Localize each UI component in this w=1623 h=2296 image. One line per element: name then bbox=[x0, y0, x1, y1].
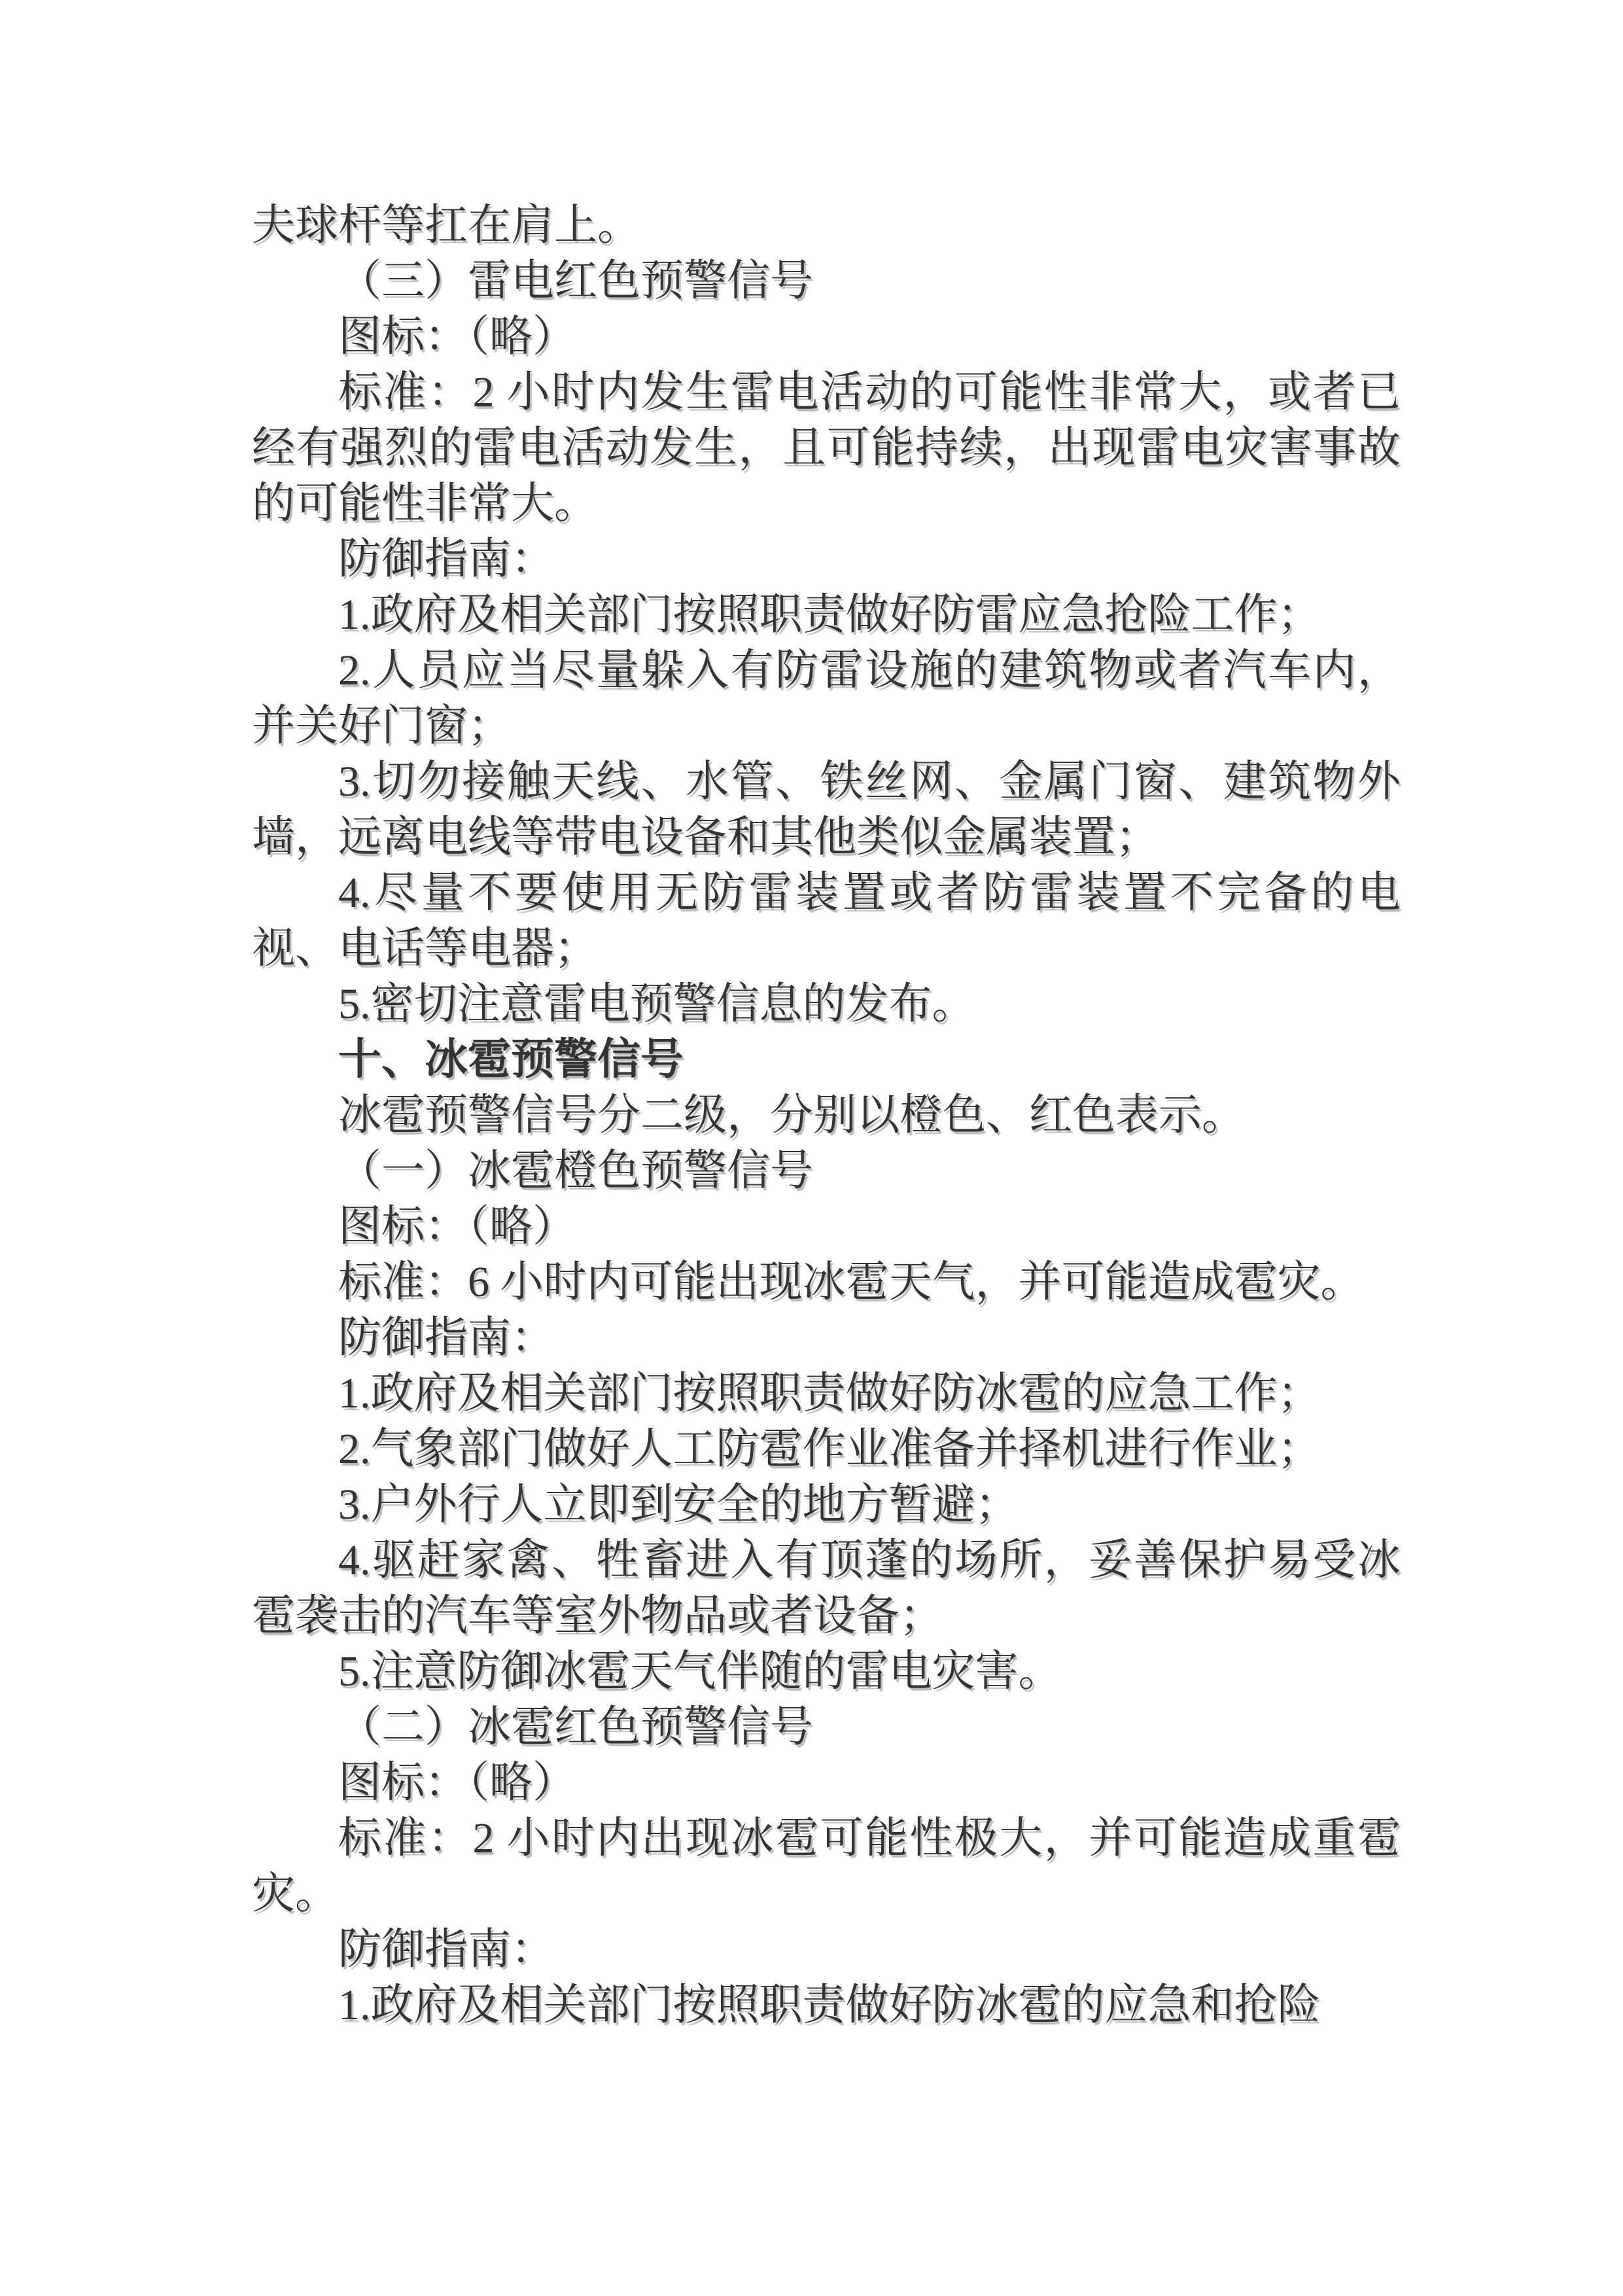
hail-levels-paragraph: 冰雹预警信号分二级，分别以橙色、红色表示。 bbox=[252, 1087, 1401, 1143]
subsection-heading-hail-red: （二）冰雹红色预警信号 bbox=[252, 1699, 1401, 1755]
standard-paragraph: 标准：6 小时内可能出现冰雹天气，并可能造成雹灾。 bbox=[252, 1254, 1401, 1310]
paragraph-continuation: 夫球杆等扛在肩上。 bbox=[252, 198, 1401, 253]
document-page: 夫球杆等扛在肩上。 （三）雷电红色预警信号 图标：（略） 标准：2 小时内发生雷… bbox=[0, 0, 1623, 2296]
guide-item-5: 5.注意防御冰雹天气伴随的雷电灾害。 bbox=[252, 1644, 1401, 1699]
subsection-heading-lightning-red: （三）雷电红色预警信号 bbox=[252, 253, 1401, 309]
guide-item-2: 2.气象部门做好人工防雹作业准备并择机进行作业； bbox=[252, 1421, 1401, 1477]
defense-guide-label: 防御指南： bbox=[252, 1922, 1401, 1977]
defense-guide-label: 防御指南： bbox=[252, 1310, 1401, 1366]
guide-item-3: 3.户外行人立即到安全的地方暂避； bbox=[252, 1477, 1401, 1532]
subsection-heading-hail-orange: （一）冰雹橙色预警信号 bbox=[252, 1143, 1401, 1199]
icon-note-line: 图标：（略） bbox=[252, 309, 1401, 364]
guide-item-3: 3.切勿接触天线、水管、铁丝网、金属门窗、建筑物外墙，远离电线等带电设备和其他类… bbox=[252, 754, 1401, 865]
guide-item-1: 1.政府及相关部门按照职责做好防雷应急抢险工作； bbox=[252, 587, 1401, 643]
defense-guide-label: 防御指南： bbox=[252, 531, 1401, 587]
guide-item-1: 1.政府及相关部门按照职责做好防冰雹的应急工作； bbox=[252, 1366, 1401, 1421]
guide-item-5: 5.密切注意雷电预警信息的发布。 bbox=[252, 976, 1401, 1032]
document-text-block: 夫球杆等扛在肩上。 （三）雷电红色预警信号 图标：（略） 标准：2 小时内发生雷… bbox=[252, 198, 1401, 2033]
section-heading-hail: 十、冰雹预警信号 bbox=[252, 1032, 1401, 1087]
standard-paragraph: 标准：2 小时内发生雷电活动的可能性非常大，或者已经有强烈的雷电活动发生，且可能… bbox=[252, 364, 1401, 531]
guide-item-4: 4.驱赶家禽、牲畜进入有顶蓬的场所，妥善保护易受冰雹袭击的汽车等室外物品或者设备… bbox=[252, 1532, 1401, 1644]
guide-item-4: 4.尽量不要使用无防雷装置或者防雷装置不完备的电视、电话等电器； bbox=[252, 865, 1401, 976]
icon-note-line: 图标：（略） bbox=[252, 1199, 1401, 1254]
guide-item-2: 2.人员应当尽量躲入有防雷设施的建筑物或者汽车内，并关好门窗； bbox=[252, 643, 1401, 754]
guide-item-1-truncated: 1.政府及相关部门按照职责做好防冰雹的应急和抢险 bbox=[252, 1977, 1401, 2033]
icon-note-line: 图标：（略） bbox=[252, 1755, 1401, 1810]
standard-paragraph: 标准：2 小时内出现冰雹可能性极大，并可能造成重雹灾。 bbox=[252, 1810, 1401, 1922]
